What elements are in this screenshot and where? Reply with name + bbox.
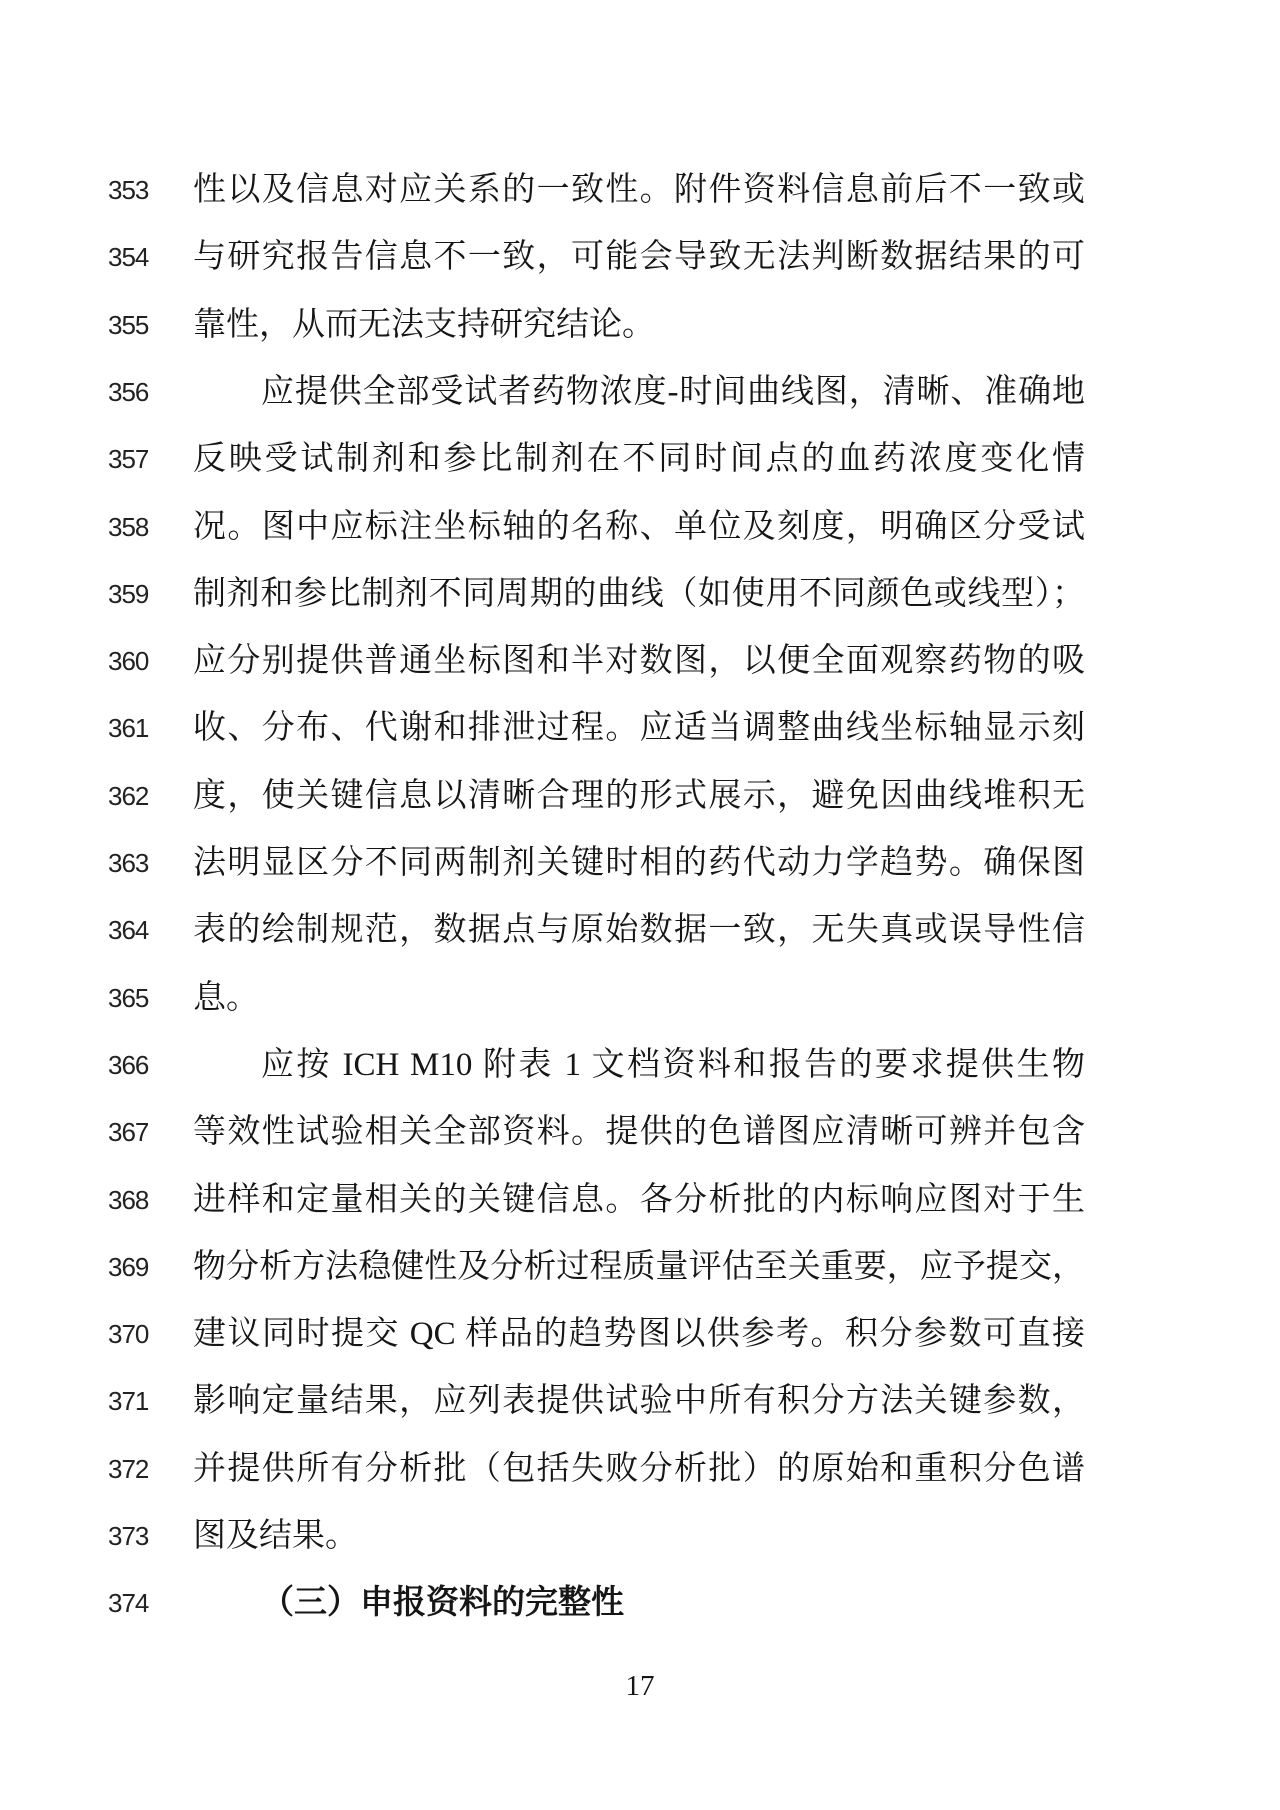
line-text: 性以及信息对应关系的一致性。附件资料信息前后不一致或 [193, 157, 1085, 224]
line-number: 365 [108, 965, 168, 1032]
text-line: 370 建议同时提交 QC 样品的趋势图以供参考。积分参数可直接 [0, 1301, 1280, 1368]
text-line: 364 表的绘制规范，数据点与原始数据一致，无失真或误导性信 [0, 897, 1280, 964]
line-number: 370 [108, 1301, 168, 1368]
text-line: 358 况。图中应标注坐标轴的名称、单位及刻度，明确区分受试 [0, 494, 1280, 561]
line-number: 374 [108, 1570, 168, 1637]
line-number: 366 [108, 1032, 168, 1099]
text-line: 369 物分析方法稳健性及分析过程质量评估至关重要，应予提交， [0, 1234, 1280, 1301]
line-number: 353 [108, 157, 168, 224]
line-text: 影响定量结果，应列表提供试验中所有积分方法关键参数， [193, 1368, 1085, 1435]
line-number: 357 [108, 426, 168, 493]
line-text: 度，使关键信息以清晰合理的形式展示，避免因曲线堆积无 [193, 763, 1085, 830]
line-text: 并提供所有分析批（包括失败分析批）的原始和重积分色谱 [193, 1436, 1085, 1503]
line-number: 373 [108, 1503, 168, 1570]
text-line: 371 影响定量结果，应列表提供试验中所有积分方法关键参数， [0, 1368, 1280, 1435]
text-line: 372 并提供所有分析批（包括失败分析批）的原始和重积分色谱 [0, 1436, 1280, 1503]
line-number: 361 [108, 695, 168, 762]
line-text: 与研究报告信息不一致，可能会导致无法判断数据结果的可 [193, 224, 1085, 291]
text-line: 353 性以及信息对应关系的一致性。附件资料信息前后不一致或 [0, 157, 1280, 224]
text-line: 368 进样和定量相关的关键信息。各分析批的内标响应图对于生 [0, 1167, 1280, 1234]
text-line: 354 与研究报告信息不一致，可能会导致无法判断数据结果的可 [0, 224, 1280, 291]
line-text: 表的绘制规范，数据点与原始数据一致，无失真或误导性信 [193, 897, 1085, 964]
line-number: 362 [108, 763, 168, 830]
line-text: 反映受试制剂和参比制剂在不同时间点的血药浓度变化情 [193, 426, 1085, 493]
line-text: 法明显区分不同两制剂关键时相的药代动力学趋势。确保图 [193, 830, 1085, 897]
line-number: 355 [108, 292, 168, 359]
line-text: 应提供全部受试者药物浓度-时间曲线图，清晰、准确地 [261, 359, 1085, 426]
line-number: 356 [108, 359, 168, 426]
text-line: 361 收、分布、代谢和排泄过程。应适当调整曲线坐标轴显示刻 [0, 695, 1280, 762]
line-text: 图及结果。 [193, 1503, 1085, 1570]
line-number: 359 [108, 561, 168, 628]
line-text: 进样和定量相关的关键信息。各分析批的内标响应图对于生 [193, 1167, 1085, 1234]
text-line: 367 等效性试验相关全部资料。提供的色谱图应清晰可辨并包含 [0, 1099, 1280, 1166]
line-number: 367 [108, 1099, 168, 1166]
line-text: 制剂和参比制剂不同周期的曲线（如使用不同颜色或线型）； [193, 561, 1085, 628]
text-line: 365 息。 [0, 965, 1280, 1032]
document-page: 353 性以及信息对应关系的一致性。附件资料信息前后不一致或 354 与研究报告… [0, 0, 1280, 1810]
line-text: 息。 [193, 965, 1085, 1032]
text-line: 366 应按 ICH M10 附表 1 文档资料和报告的要求提供生物 [0, 1032, 1280, 1099]
text-line: 357 反映受试制剂和参比制剂在不同时间点的血药浓度变化情 [0, 426, 1280, 493]
line-number: 358 [108, 494, 168, 561]
text-line: 374 （三）申报资料的完整性 [0, 1570, 1280, 1637]
line-text: 靠性，从而无法支持研究结论。 [193, 292, 1085, 359]
line-number: 360 [108, 628, 168, 695]
line-number: 363 [108, 830, 168, 897]
line-number: 368 [108, 1167, 168, 1234]
text-line: 360 应分别提供普通坐标图和半对数图，以便全面观察药物的吸 [0, 628, 1280, 695]
line-number: 364 [108, 897, 168, 964]
line-text: 收、分布、代谢和排泄过程。应适当调整曲线坐标轴显示刻 [193, 695, 1085, 762]
text-line: 362 度，使关键信息以清晰合理的形式展示，避免因曲线堆积无 [0, 763, 1280, 830]
line-number: 371 [108, 1368, 168, 1435]
line-text: 况。图中应标注坐标轴的名称、单位及刻度，明确区分受试 [193, 494, 1085, 561]
line-number: 369 [108, 1234, 168, 1301]
line-text: 建议同时提交 QC 样品的趋势图以供参考。积分参数可直接 [193, 1301, 1085, 1368]
line-text: 物分析方法稳健性及分析过程质量评估至关重要，应予提交， [193, 1234, 1085, 1301]
text-line: 359 制剂和参比制剂不同周期的曲线（如使用不同颜色或线型）； [0, 561, 1280, 628]
line-text: 应按 ICH M10 附表 1 文档资料和报告的要求提供生物 [261, 1032, 1085, 1099]
text-line: 363 法明显区分不同两制剂关键时相的药代动力学趋势。确保图 [0, 830, 1280, 897]
line-text: 应分别提供普通坐标图和半对数图，以便全面观察药物的吸 [193, 628, 1085, 695]
text-line: 373 图及结果。 [0, 1503, 1280, 1570]
line-number: 354 [108, 224, 168, 291]
line-text: 等效性试验相关全部资料。提供的色谱图应清晰可辨并包含 [193, 1099, 1085, 1166]
text-line: 355 靠性，从而无法支持研究结论。 [0, 292, 1280, 359]
text-line: 356 应提供全部受试者药物浓度-时间曲线图，清晰、准确地 [0, 359, 1280, 426]
line-number: 372 [108, 1436, 168, 1503]
page-number: 17 [0, 1668, 1280, 1704]
line-text: （三）申报资料的完整性 [261, 1570, 1085, 1637]
